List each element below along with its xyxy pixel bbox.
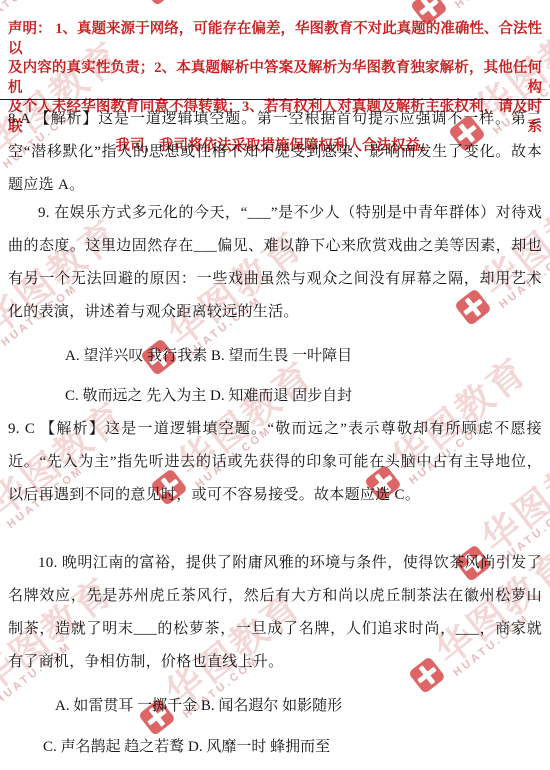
divider-line (0, 99, 550, 100)
question-9-options: A. 望洋兴叹 我行我素 B. 望而生畏 一叶障目 C. 敬而远之 先入为主 D… (8, 336, 542, 416)
disclaimer-line: 及内容的真实性负责；2、本真题解析中答案及解析为华图教育独家解析，其他任何机构 (8, 59, 542, 98)
question-10-options: A. 如雷贯耳 一掷千金 B. 闻名遐尔 如影随形 C. 声名鹊起 趋之若鹜 D… (8, 686, 542, 768)
question-10-options-ab: A. 如雷贯耳 一掷千金 B. 闻名遐尔 如影随形 (8, 686, 542, 727)
question-9-text: 9. 在娱乐方式多元化的今天，“___”是不少人（特别是中青年群体）对待戏曲的态… (8, 197, 542, 329)
exam-document-page: 声明： 1、真题来源于网络，可能存在偏差，华图教育不对此真题的准确性、合法性以 … (0, 0, 550, 770)
disclaimer-line: 声明： 1、真题来源于网络，可能存在偏差，华图教育不对此真题的准确性、合法性以 (8, 20, 542, 59)
answer-8-analysis: 8.A 【解析】这是一道逻辑填空题。第一空根据首句提示应强调不一样。第二空“潜移… (8, 103, 542, 202)
answer-9-analysis: 9. C 【解析】这是一道逻辑填空题。“敬而远之”表示尊敬却有所顾虑不愿接近。“… (8, 413, 542, 512)
question-10-options-cd: C. 声名鹊起 趋之若鹜 D. 风靡一时 蜂拥而至 (8, 727, 542, 768)
question-10-text: 10. 晚明江南的富裕，提供了附庸风雅的环境与条件，使得饮茶风尚引发了名牌效应，… (8, 547, 542, 679)
question-9-options-cd: C. 敬而远之 先入为主 D. 知难而退 固步自封 (8, 376, 542, 416)
question-9-options-ab: A. 望洋兴叹 我行我素 B. 望而生畏 一叶障目 (8, 336, 542, 376)
